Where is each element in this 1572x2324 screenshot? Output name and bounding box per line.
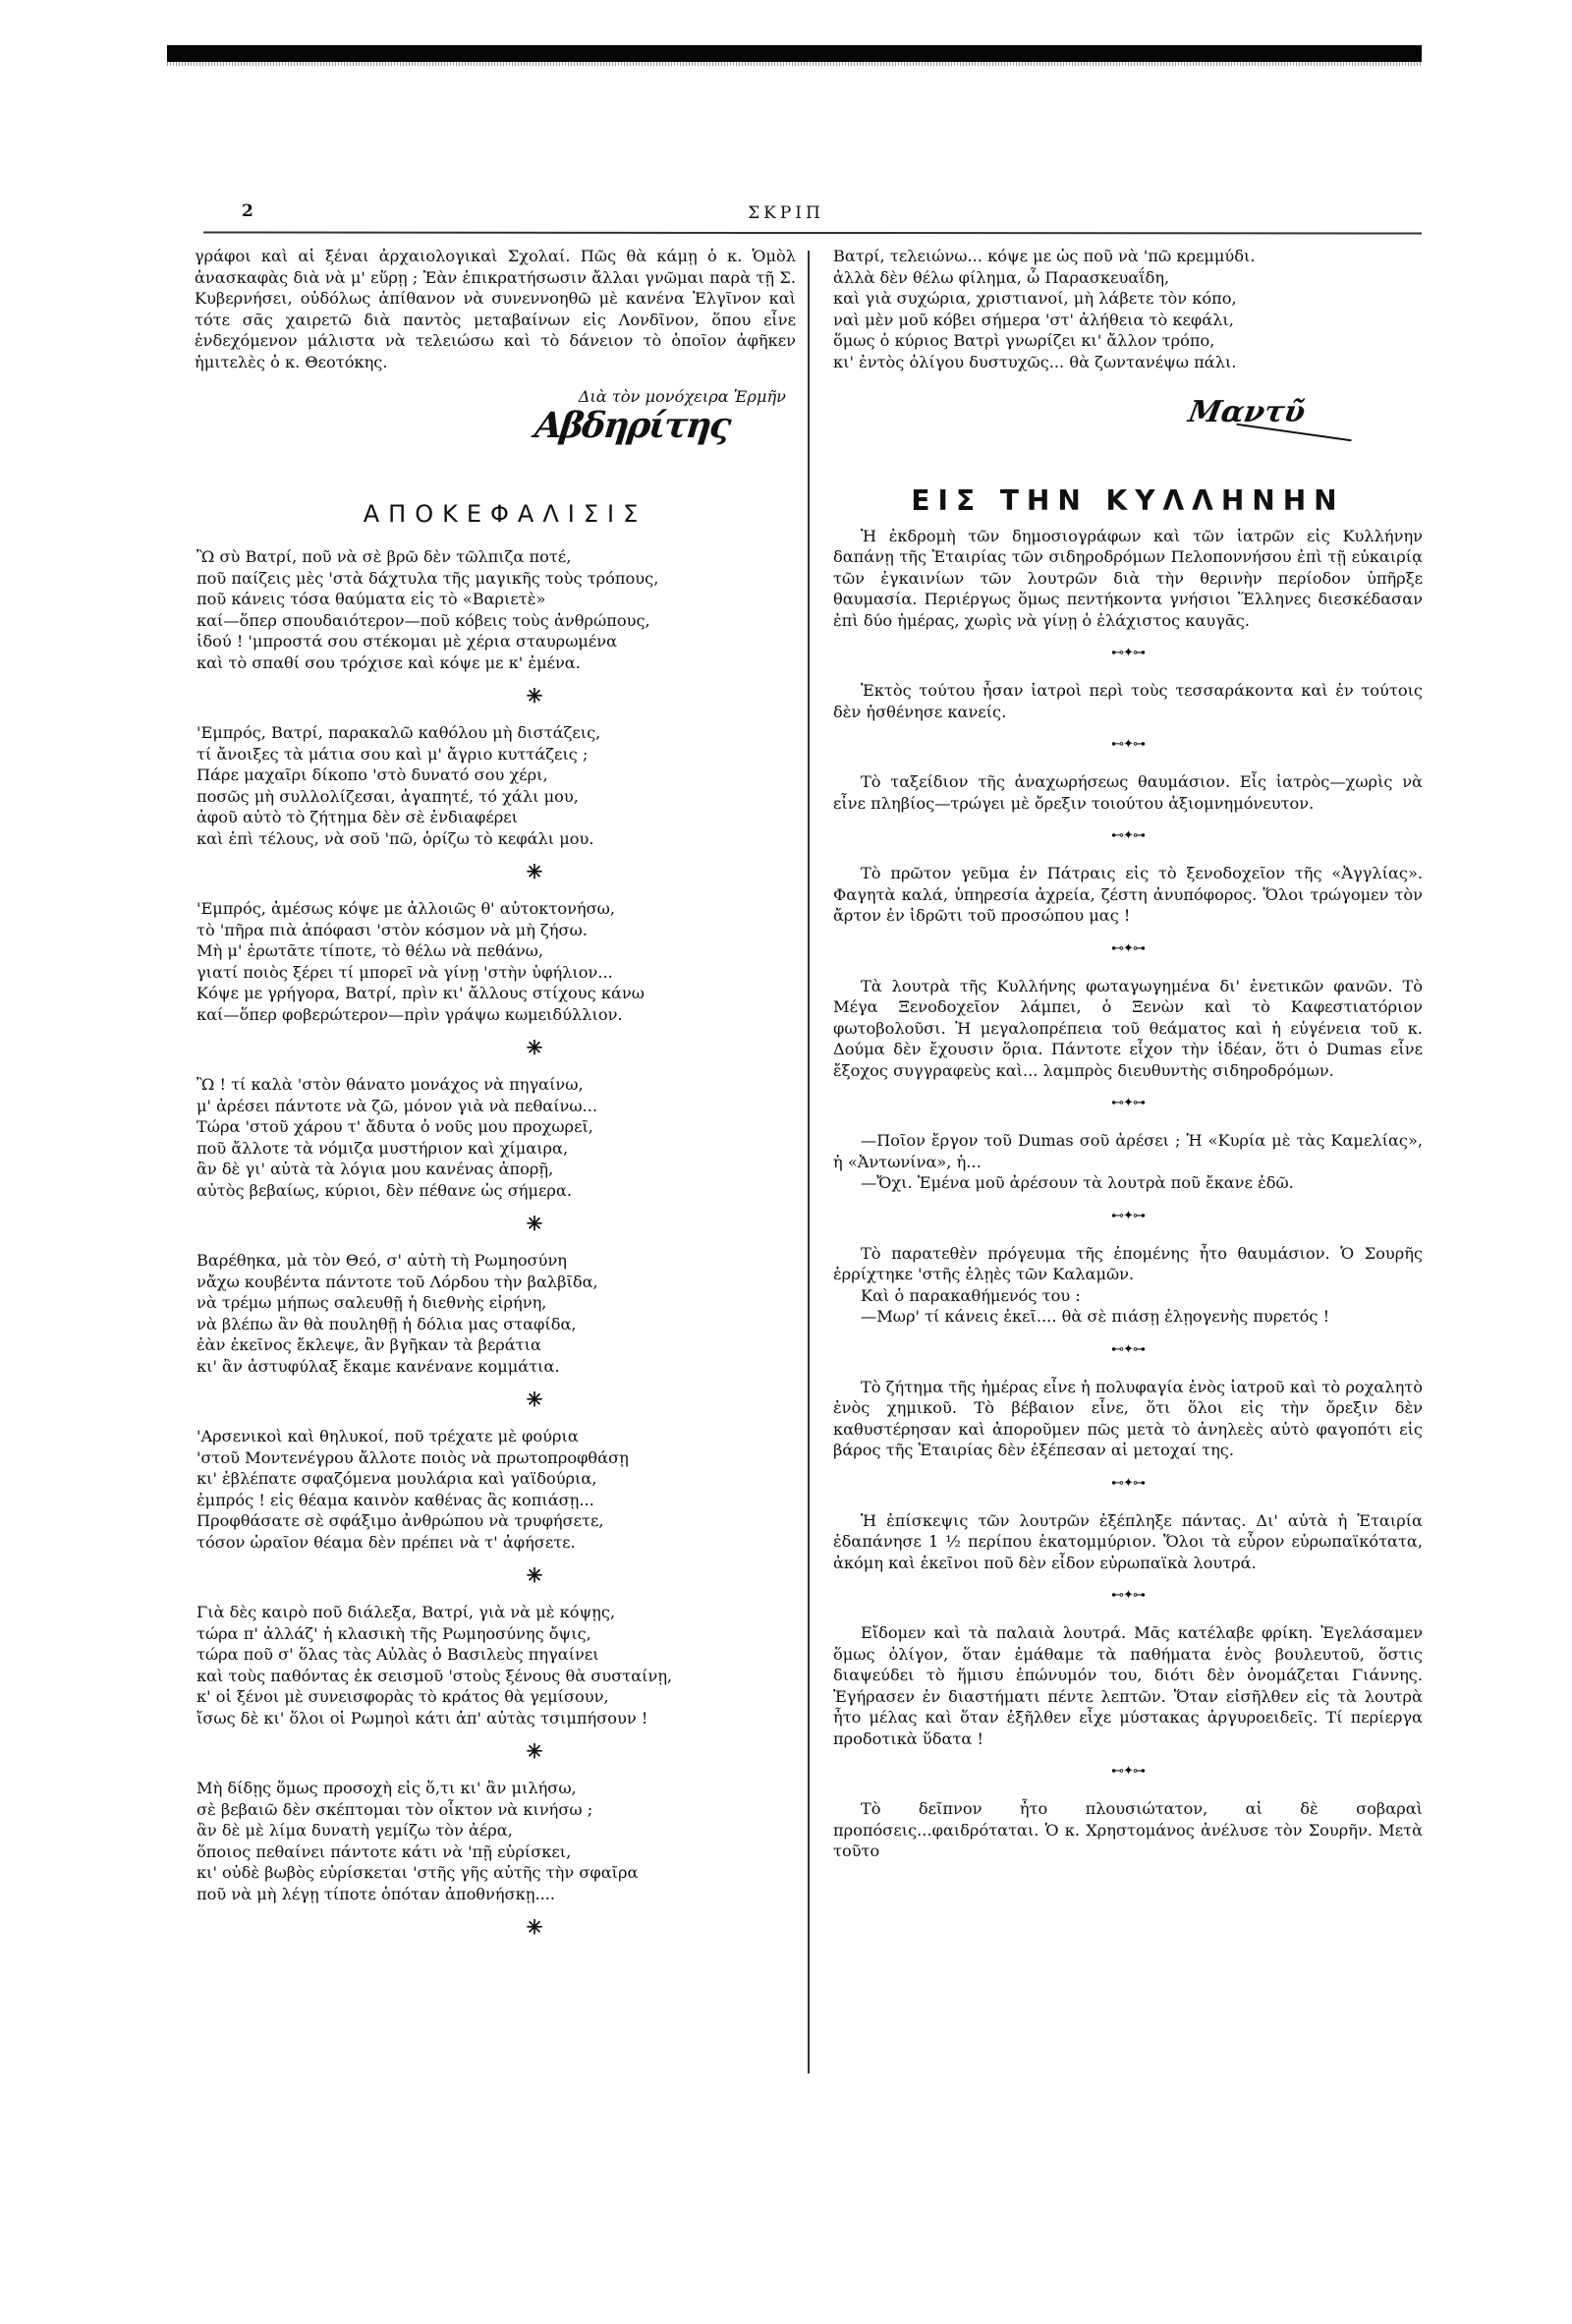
verse-line: τόσον ὡραῖον θέαμα δὲν πρέπει νὰ τ' ἀφήσ… (196, 1532, 796, 1554)
stanza: Γιὰ δὲς καιρὸ ποῦ διάλεξα, Βατρί, γιὰ νὰ… (195, 1602, 796, 1729)
section-ornament-icon: ⊷✦⊶ (833, 942, 1423, 956)
left-column: γράφοι καὶ αἱ ξέναι ἀρχαιολογικαὶ Σχολαί… (195, 246, 796, 1954)
poem-signature: Μαντῦ (830, 396, 1426, 429)
section-ornament-icon: ⊷✦⊶ (833, 1765, 1423, 1779)
section-ornament-icon: ⊷✦⊶ (833, 1477, 1423, 1491)
verse-line: ποῦ νὰ μὴ λέγῃ τίποτε ὁπόταν ἀποθνήσκῃ..… (196, 1884, 796, 1905)
verse-line: ἂν δὲ μὲ λίμα δυνατὴ γεμίζω τὸν ἀέρα, (196, 1820, 796, 1842)
verse-line: ἴσως δὲ κι' ὅλοι οἱ Ρωμηοὶ κάτι ἀπ' αὐτὰ… (196, 1708, 796, 1729)
verse-line: νἄχω κουβέντα πάντοτε τοῦ Λόρδου τὴν βαλ… (196, 1272, 796, 1293)
verse-line: καί—ὅπερ σπουδαιότερον—ποῦ κόβεις τοὺς ἀ… (196, 610, 796, 632)
poem-conclusion: Βατρί, τελειώνω... κόψε με ὡς ποῦ νὰ 'πῶ… (833, 246, 1423, 372)
article-paragraph: Τὸ ταξείδιον τῆς ἀναχωρήσεως θαυμάσιον. … (833, 771, 1423, 814)
verse-line: Τώρα 'στοῦ χάρου τ' ἄδυτα ὁ νοῦς μου προ… (196, 1116, 796, 1138)
verse-line: τώρα ποῦ σ' ὅλας τὰς Αὐλὰς ὁ Βασιλεὺς πη… (196, 1644, 796, 1666)
verse-line: 'Αρσενικοὶ καὶ θηλυκοί, ποῦ τρέχατε μὲ φ… (196, 1426, 796, 1447)
poem-body: Ὢ σὺ Βατρί, ποῦ νὰ σὲ βρῶ δὲν τῶλπιζα πο… (195, 546, 796, 1938)
masthead-title: ΣΚΡΙΠ (0, 203, 1572, 223)
verse-line: ἀφοῦ αὐτὸ τὸ ζήτημα δὲν σὲ ἐνδιαφέρει (196, 807, 796, 828)
verse-line: ἐὰν ἐκεῖνος ἔκλεψε, ἂν βγῆκαν τὰ βεράτια (196, 1334, 796, 1356)
verse-line: καὶ τὸ σπαθί σου τρόχισε καὶ κόψε με κ' … (196, 652, 796, 674)
end-separator-icon: ✳ (273, 1916, 796, 1938)
verse-line: 'Εμπρός, Βατρί, παρακαλῶ καθόλου μὴ διστ… (196, 722, 796, 744)
article-paragraph: Τὸ πρῶτον γεῦμα ἐν Πάτραις εἰς τὸ ξενοδο… (833, 863, 1423, 927)
verse-line: ποῦ ἄλλοτε τὰ νόμιζα μυστήριον καὶ χίμαι… (196, 1138, 796, 1160)
section-ornament-icon: ⊷✦⊶ (833, 647, 1423, 660)
verse-line: Κόψε με γρήγορα, Βατρί, πρὶν κι' ἄλλους … (196, 983, 796, 1004)
article-paragraph: Τὸ παρατεθὲν πρόγευμα τῆς ἐπομένης ἦτο θ… (833, 1243, 1423, 1285)
verse-line: κι' ἐβλέπατε σφαζόμενα μουλάρια καὶ γαϊδ… (196, 1468, 796, 1490)
verse-line: τώρα π' ἀλλάζ' ἡ κλασικὴ τῆς Ρωμηοσύνης … (196, 1623, 796, 1645)
stanza-separator-icon: ✳ (273, 861, 796, 882)
verse-line: κι' ἐντὸς ὀλίγου δυστυχῶς... θὰ ζωντανέψ… (833, 352, 1423, 373)
stanza-separator-icon: ✳ (273, 685, 796, 707)
verse-line: κι' ἂν ἀστυφύλαξ ἔκαμε κανένανε κομμάτια… (196, 1356, 796, 1378)
verse-line: ποῦ κάνεις τόσα θαύματα εἰς τὸ «Βαριετὲ» (196, 589, 796, 610)
article-paragraph: Ἐκτὸς τούτου ἦσαν ἰατροὶ περὶ τοὺς τεσσα… (833, 680, 1423, 722)
verse-line: Ὢ σὺ Βατρί, ποῦ νὰ σὲ βρῶ δὲν τῶλπιζα πο… (196, 546, 796, 568)
verse-line: τὸ 'πῆρα πιὰ ἀπόφασι 'στὸν κόσμον νὰ μὴ … (196, 920, 796, 941)
verse-line: κι' οὐδὲ βωβὸς εὑρίσκεται 'στῆς γῆς αὐτῆ… (196, 1862, 796, 1884)
verse-line: καὶ τοὺς παθόντας ἐκ σεισμοῦ 'στοὺς ξένο… (196, 1666, 796, 1687)
article-paragraph: Καὶ ὁ παρακαθήμενός του : (833, 1285, 1423, 1307)
article-paragraph: Ἡ ἐκδρομὴ τῶν δημοσιογράφων καὶ τῶν ἰατρ… (833, 526, 1423, 632)
verse-line: ἀλλὰ δὲν θέλω φίλημα, ὦ Παρασκευαΐδη, (833, 267, 1423, 289)
verse-line: 'στοῦ Μοντενέγρου ἄλλοτε ποιὸς νὰ πρωτοπ… (196, 1447, 796, 1469)
article-paragraph: Τὸ δεῖπνον ἦτο πλουσιώτατον, αἱ δὲ σοβαρ… (833, 1798, 1423, 1862)
section-ornament-icon: ⊷✦⊶ (833, 1589, 1423, 1603)
verse-line: Ὢ ! τί καλὰ 'στὸν θάνατο μονάχος νὰ πηγα… (196, 1074, 796, 1096)
verse-line: Μὴ μ' ἐρωτᾶτε τίποτε, τὸ θέλω νὰ πεθάνω, (196, 940, 796, 962)
section-ornament-icon: ⊷✦⊶ (833, 829, 1423, 843)
verse-line: Μὴ δίδῃς ὅμως προσοχὴ εἰς ὅ,τι κι' ἂν μι… (196, 1778, 796, 1799)
verse-line: ἂν δὲ γι' αὐτὰ τὰ λόγια μου κανένας ἀπορ… (196, 1159, 796, 1180)
verse-line: ὅμως ὁ κύριος Βατρὶ γνωρίζει κι' ἄλλον τ… (833, 330, 1423, 352)
verse-line: Βατρί, τελειώνω... κόψε με ὡς ποῦ νὰ 'πῶ… (833, 246, 1423, 267)
poem-title: ΑΠΟΚΕΦΑΛΙΣΙΣ (214, 504, 796, 526)
stanza-separator-icon: ✳ (273, 1564, 796, 1586)
stanza: 'Αρσενικοὶ καὶ θηλυκοί, ποῦ τρέχατε μὲ φ… (195, 1426, 796, 1553)
verse-line: ἰδού ! 'μπροστά σου στέκομαι μὲ χέρια στ… (196, 631, 796, 652)
verse-line: Πάρε μαχαῖρι δίκοπο 'στὸ δυνατό σου χέρι… (196, 765, 796, 786)
verse-line: κ' οἱ ξένοι μὲ συνεισφορὰς τὸ κράτος θὰ … (196, 1686, 796, 1708)
section-ornament-icon: ⊷✦⊶ (833, 1097, 1423, 1110)
article-paragraph: Τὰ λουτρὰ τῆς Κυλλήνης φωταγωγημένα δι' … (833, 976, 1423, 1082)
continued-article: γράφοι καὶ αἱ ξέναι ἀρχαιολογικαὶ Σχολαί… (195, 246, 796, 372)
stanza: 'Εμπρός, ἀμέσως κόψε με ἀλλοιῶς θ' αὐτοκ… (195, 898, 796, 1025)
column-divider (808, 251, 810, 2073)
verse-line: καὶ ἐπὶ τέλους, νὰ σοῦ 'πῶ, ὁρίζω τὸ κεφ… (196, 828, 796, 850)
stanza-separator-icon: ✳ (273, 1213, 796, 1234)
article-paragraph: —Μωρ' τί κάνεις ἐκεῖ.... θὰ σὲ πιάσῃ ἐλῃ… (833, 1306, 1423, 1328)
verse-line: Προφθάσατε σὲ σφάξιμο ἀνθρώπου νὰ τρυφήσ… (196, 1510, 796, 1532)
verse-line: 'Εμπρός, ἀμέσως κόψε με ἀλλοιῶς θ' αὐτοκ… (196, 898, 796, 920)
autograph-signature: Αβδηρίτης (192, 416, 800, 477)
verse-line: Γιὰ δὲς καιρὸ ποῦ διάλεξα, Βατρί, γιὰ νὰ… (196, 1602, 796, 1623)
verse-line: ναὶ μὲν μοῦ κόβει σήμερα 'στ' ἀλήθεια τὸ… (833, 310, 1423, 331)
verse-line: νὰ βλέπω ἂν θὰ πουληθῇ ἡ δόλια μας σταφί… (196, 1314, 796, 1335)
article-paragraph: Εἴδομεν καὶ τὰ παλαιὰ λουτρά. Μᾶς κατέλα… (833, 1622, 1423, 1749)
verse-line: σὲ βεβαιῶ δὲν σκέπτομαι τὸν οἶκτον νὰ κι… (196, 1799, 796, 1821)
stanza: Ὢ σὺ Βατρί, ποῦ νὰ σὲ βρῶ δὲν τῶλπιζα πο… (195, 546, 796, 673)
verse-line: καὶ γιὰ συχώρια, χριστιανοί, μὴ λάβετε τ… (833, 288, 1423, 310)
stanza: Βαρέθηκα, μὰ τὸν Θεό, σ' αὐτὴ τὴ Ρωμηοσύ… (195, 1250, 796, 1377)
article-body: Ἡ ἐκδρομὴ τῶν δημοσιογράφων καὶ τῶν ἰατρ… (833, 526, 1423, 1862)
article-paragraph: Ἡ ἐπίσκεψις τῶν λουτρῶν ἐξέπληξε πάντας.… (833, 1510, 1423, 1574)
verse-line: ποσῶς μὴ συλλολίζεσαι, ἀγαπητέ, τό χάλι … (196, 786, 796, 808)
stanza-separator-icon: ✳ (273, 1389, 796, 1410)
stanza-separator-icon: ✳ (273, 1740, 796, 1762)
section-ornament-icon: ⊷✦⊶ (833, 738, 1423, 752)
right-column: Βατρί, τελειώνω... κόψε με ὡς ποῦ νὰ 'πῶ… (833, 246, 1423, 1862)
stanza-separator-icon: ✳ (273, 1037, 796, 1058)
verse-line: Βαρέθηκα, μὰ τὸν Θεό, σ' αὐτὴ τὴ Ρωμηοσύ… (196, 1250, 796, 1272)
verse-line: ἐμπρός ! εἰς θέαμα καινὸν καθένας ἂς κοπ… (196, 1490, 796, 1511)
stanza: Ὢ ! τί καλὰ 'στὸν θάνατο μονάχος νὰ πηγα… (195, 1074, 796, 1201)
verse-line: ὅποιος πεθαίνει πάντοτε κάτι νὰ 'πῇ εὑρί… (196, 1842, 796, 1863)
verse-line: αὐτὸς βεβαίως, κύριοι, δὲν πέθανε ὡς σήμ… (196, 1180, 796, 1202)
continued-paragraph: γράφοι καὶ αἱ ξέναι ἀρχαιολογικαὶ Σχολαί… (195, 246, 796, 372)
stanza: Μὴ δίδῃς ὅμως προσοχὴ εἰς ὅ,τι κι' ἂν μι… (195, 1778, 796, 1904)
verse-line: νὰ τρέμω μήπως σαλευθῇ ἡ διεθνὴς εἰρήνη, (196, 1292, 796, 1314)
verse-line: τί ἄνοιξες τὰ μάτια σου καὶ μ' ἄγριο κυτ… (196, 744, 796, 765)
stanza: 'Εμπρός, Βατρί, παρακαλῶ καθόλου μὴ διστ… (195, 722, 796, 849)
verse-line: καί—ὅπερ φοβερώτερον—πρὶν γράψω κωμειδύλ… (196, 1004, 796, 1026)
article-paragraph: —Ὄχι. Ἐμένα μοῦ ἀρέσουν τὰ λουτρὰ ποῦ ἔκ… (833, 1172, 1423, 1194)
section-ornament-icon: ⊷✦⊶ (833, 1343, 1423, 1357)
verse-line: μ' ἀρέσει πάντοτε νὰ ζῶ, μόνον γιὰ νὰ πε… (196, 1096, 796, 1117)
verse-line: γιατί ποιὸς ξέρει τί μπορεῖ νὰ γίνῃ 'στὴ… (196, 962, 796, 984)
section-ornament-icon: ⊷✦⊶ (833, 1210, 1423, 1223)
verse-line: ποῦ παίζεις μὲς 'στὰ δάχτυλα τῆς μαγικῆς… (196, 568, 796, 590)
top-border-bar (167, 45, 1422, 62)
header-rule (203, 231, 1422, 234)
article-paragraph: —Ποῖον ἔργον τοῦ Dumas σοῦ ἀρέσει ; Ἡ «Κ… (833, 1130, 1423, 1172)
article-paragraph: Τὸ ζήτημα τῆς ἡμέρας εἶνε ἡ πολυφαγία ἑν… (833, 1377, 1423, 1461)
article-title: ΕΙΣ ΤΗΝ ΚΥΛΛΗΝΗΝ (833, 490, 1423, 512)
signature-flourish (833, 429, 1423, 449)
